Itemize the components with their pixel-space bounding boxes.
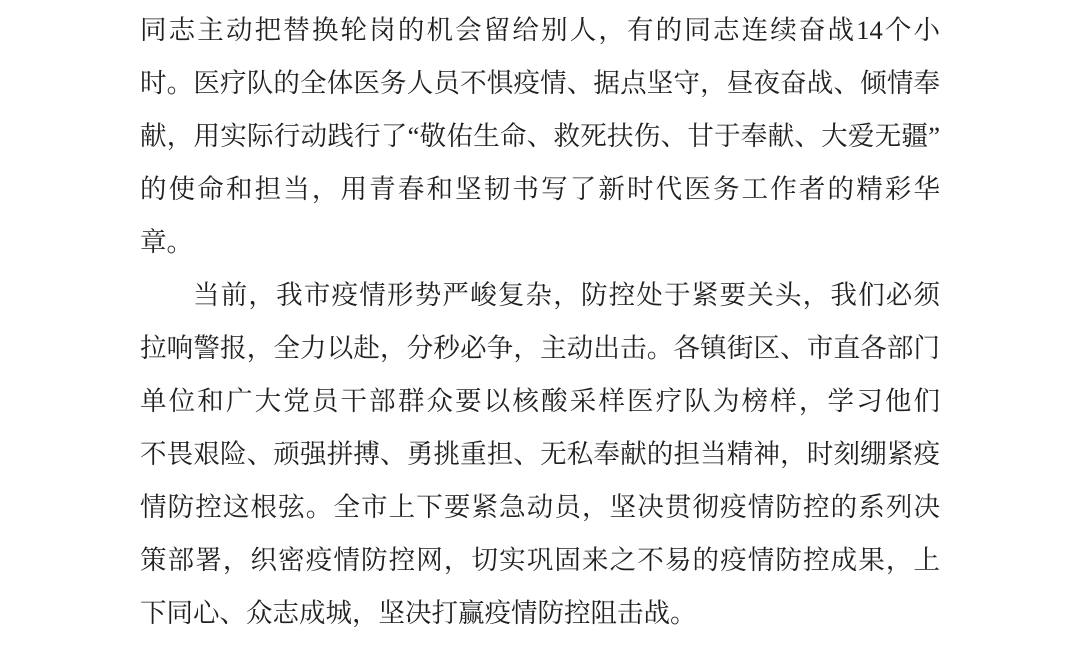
text-line: 献，用实际行动践行了“敬佑生命、救死扶伤、甘于奉献、大爱无疆” (140, 110, 940, 163)
text-line: 策部署，织密疫情防控网，切实巩固来之不易的疫情防控成果，上 (140, 534, 940, 587)
text-line: 章。 (140, 216, 940, 269)
document-page: 同志主动把替换轮岗的机会留给别人，有的同志连续奋战14个小时。医疗队的全体医务人… (0, 0, 1080, 649)
text-line: 情防控这根弦。全市上下要紧急动员，坚决贯彻疫情防控的系列决 (140, 481, 940, 534)
text-line: 不畏艰险、顽强拼搏、勇挑重担、无私奉献的担当精神，时刻绷紧疫 (140, 428, 940, 481)
text-line: 单位和广大党员干部群众要以核酸采样医疗队为榜样，学习他们 (140, 375, 940, 428)
text-line: 拉响警报，全力以赴，分秒必争，主动出击。各镇街区、市直各部门 (140, 322, 940, 375)
text-line: 下同心、众志成城，坚决打赢疫情防控阻击战。 (140, 587, 940, 640)
text-block: 同志主动把替换轮岗的机会留给别人，有的同志连续奋战14个小时。医疗队的全体医务人… (140, 4, 940, 640)
text-line: 的使命和担当，用青春和坚韧书写了新时代医务工作者的精彩华 (140, 163, 940, 216)
text-line: 当前，我市疫情形势严峻复杂，防控处于紧要关头，我们必须 (140, 269, 940, 322)
text-line: 同志主动把替换轮岗的机会留给别人，有的同志连续奋战14个小 (140, 4, 940, 57)
text-line: 时。医疗队的全体医务人员不惧疫情、据点坚守，昼夜奋战、倾情奉 (140, 57, 940, 110)
